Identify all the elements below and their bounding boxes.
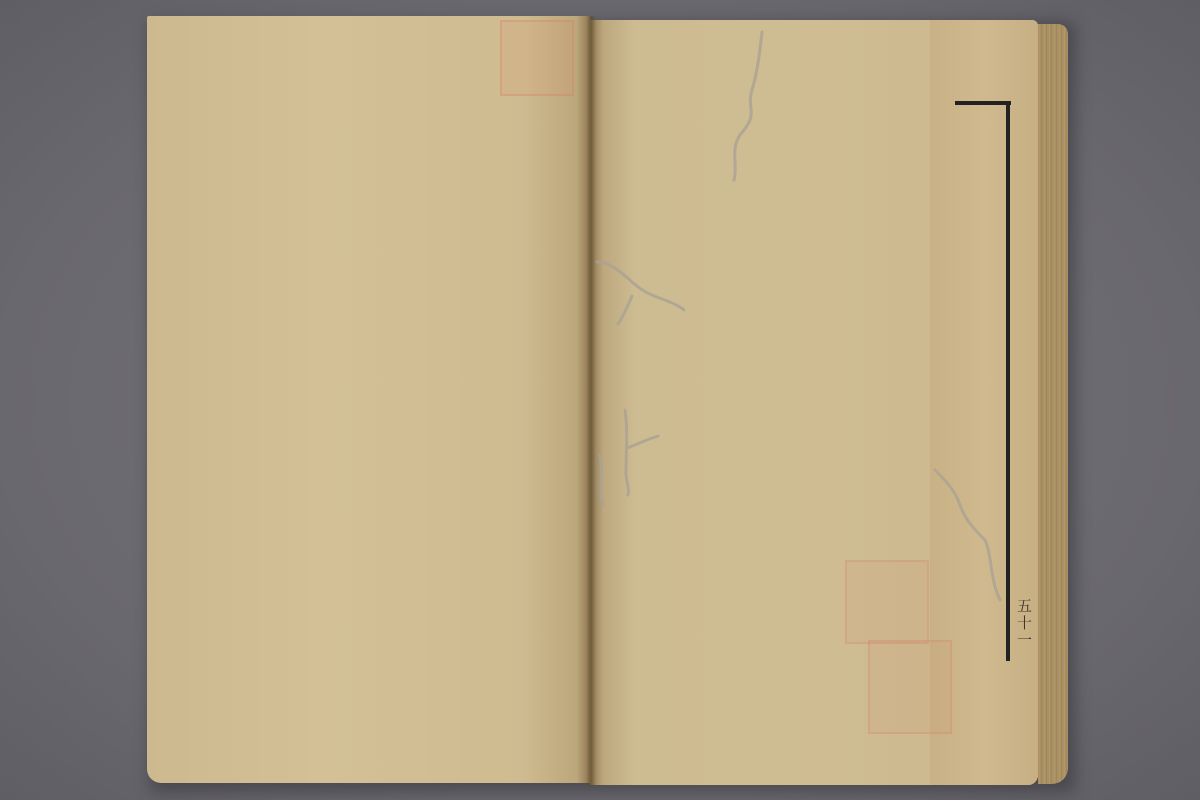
worm-trails [0,0,1200,800]
